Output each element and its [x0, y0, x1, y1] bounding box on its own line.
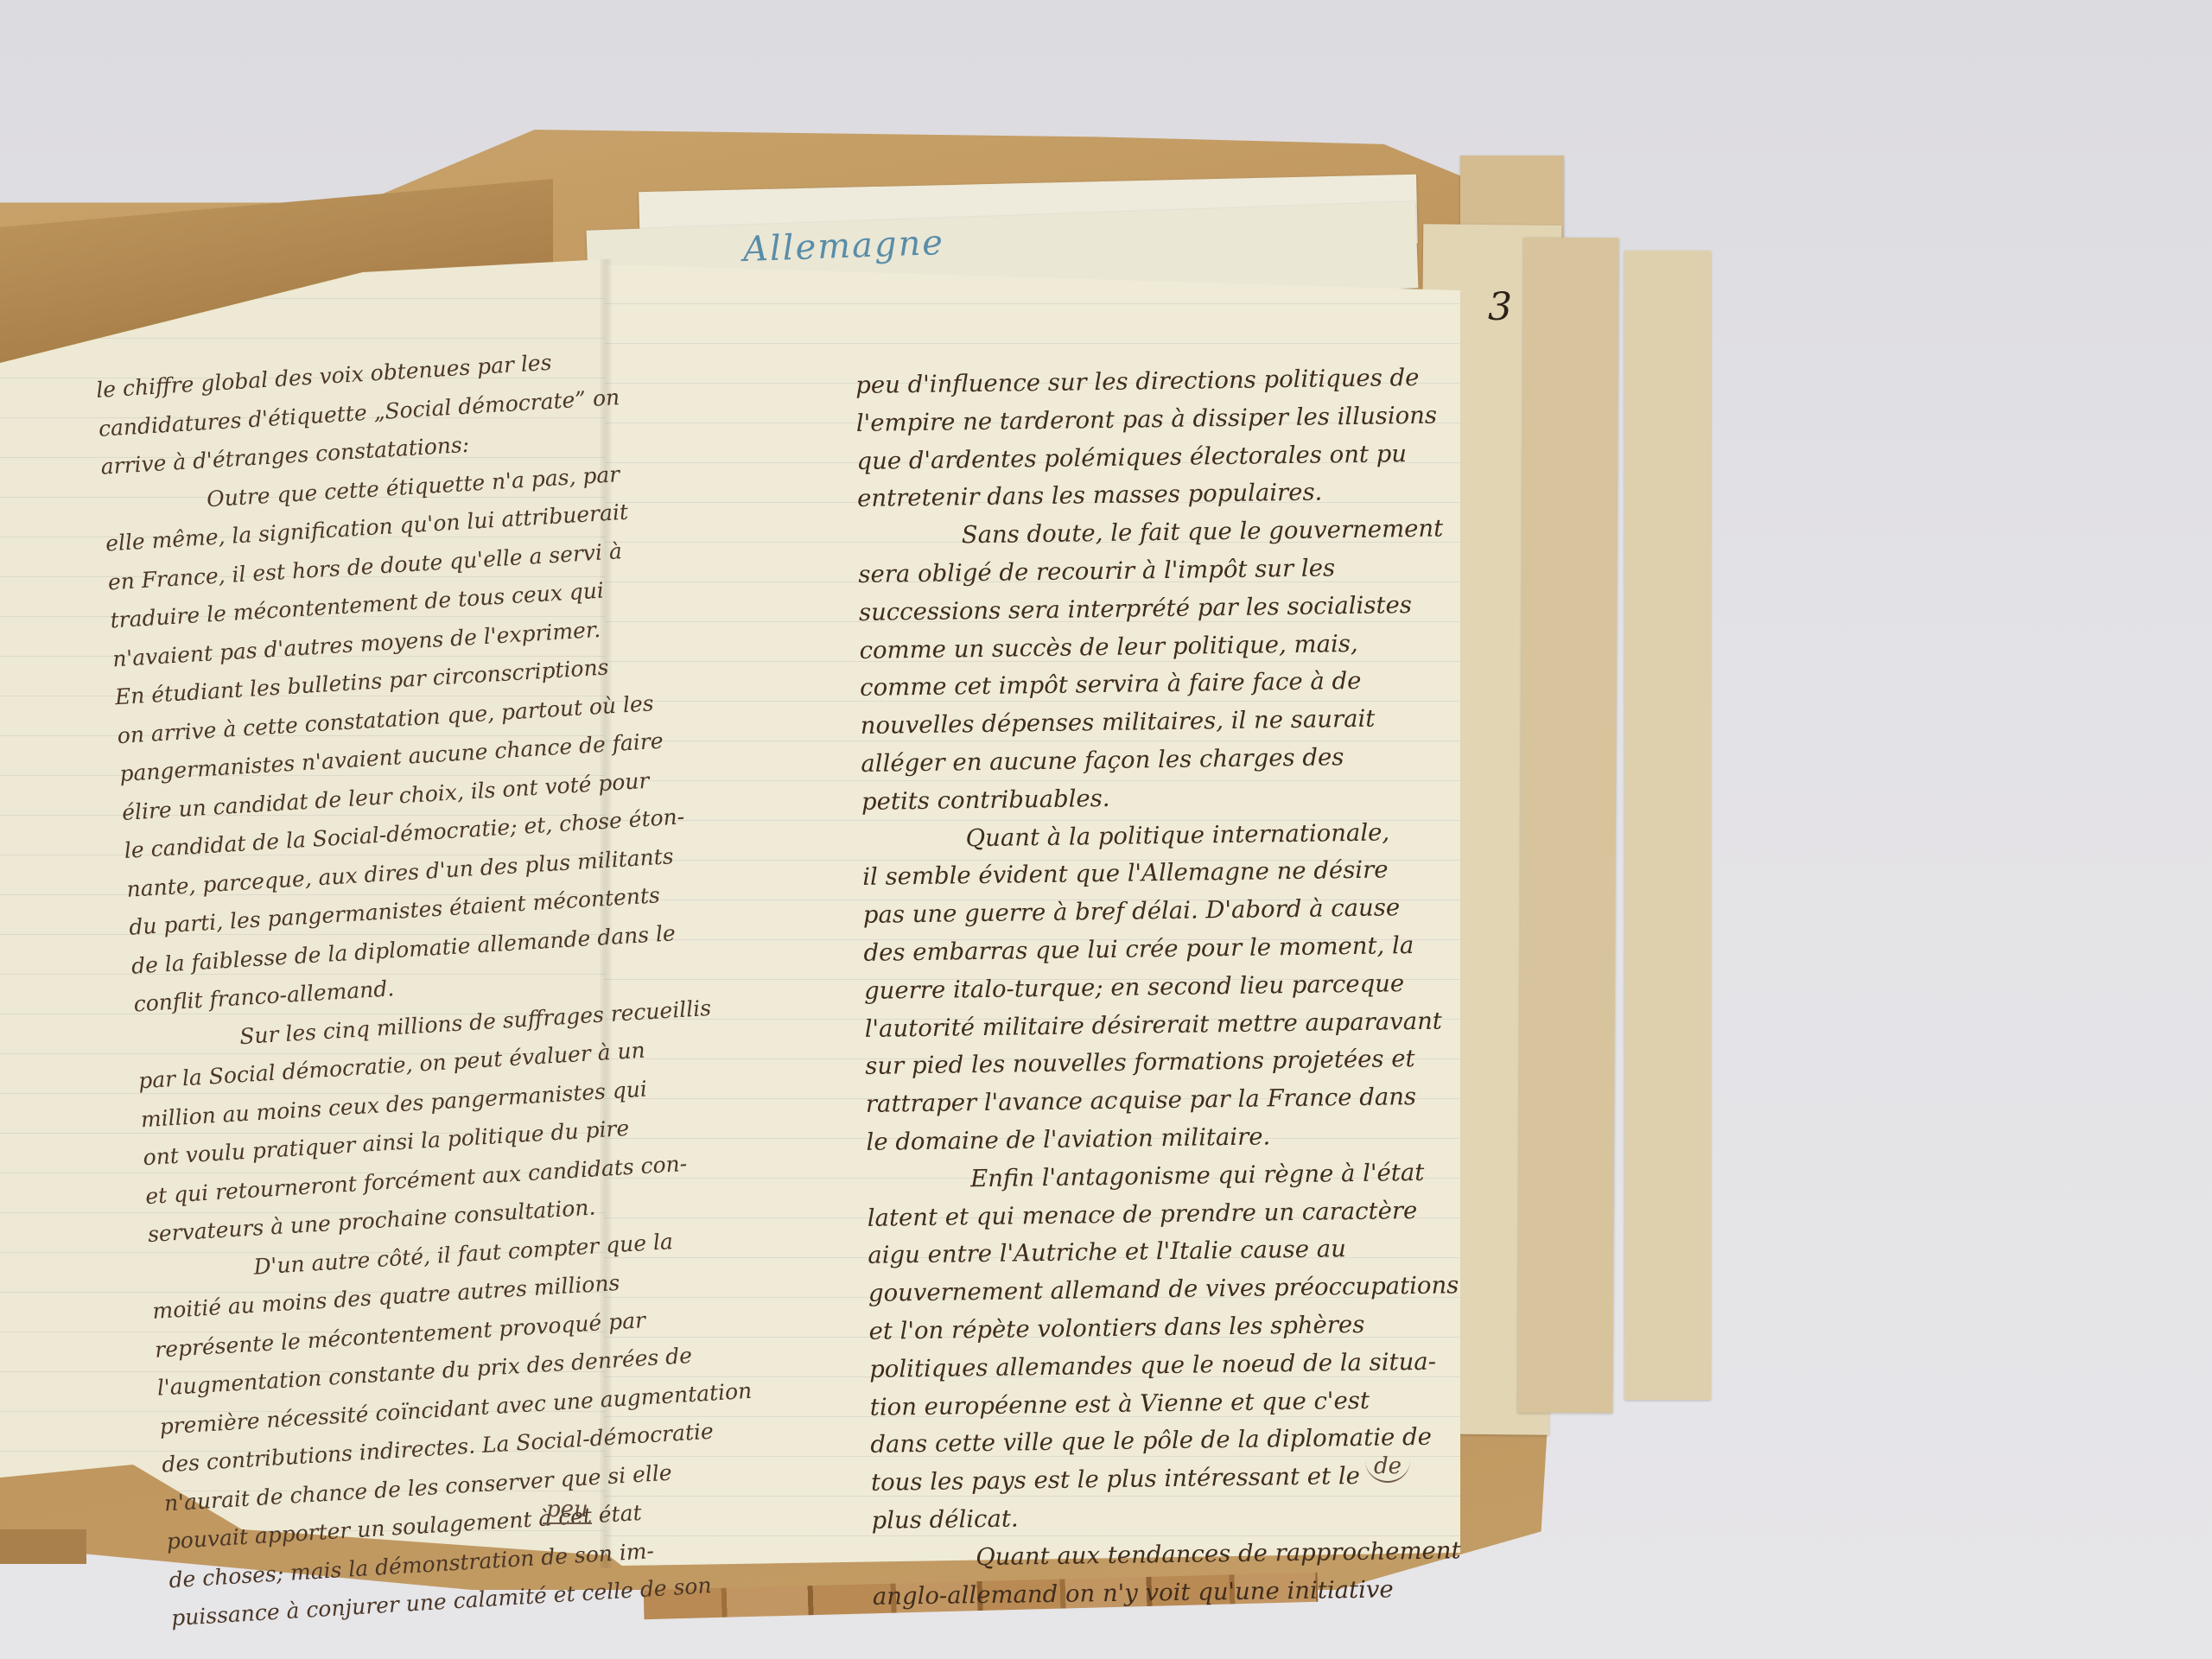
manuscript-line: anglo-allemand on n'y voit qu'une initia…	[873, 1570, 1461, 1616]
stacked-sheet-edge	[1517, 238, 1618, 1414]
blue-pencil-annotation: Allemagne	[742, 223, 944, 270]
page-number: 3	[1488, 285, 1512, 329]
left-page-catchword: peu	[543, 1497, 592, 1524]
right-page-text: peu d'influence sur les directions polit…	[855, 359, 1460, 1617]
photo-scene: Allemagne 3 le chiffre global des voix o…	[0, 0, 2212, 1659]
folder-bottom-left-edge	[0, 1529, 86, 1564]
stacked-sheet-edge	[1624, 251, 1711, 1400]
left-page-text: le chiffre global des voix obtenues par …	[95, 340, 690, 1637]
